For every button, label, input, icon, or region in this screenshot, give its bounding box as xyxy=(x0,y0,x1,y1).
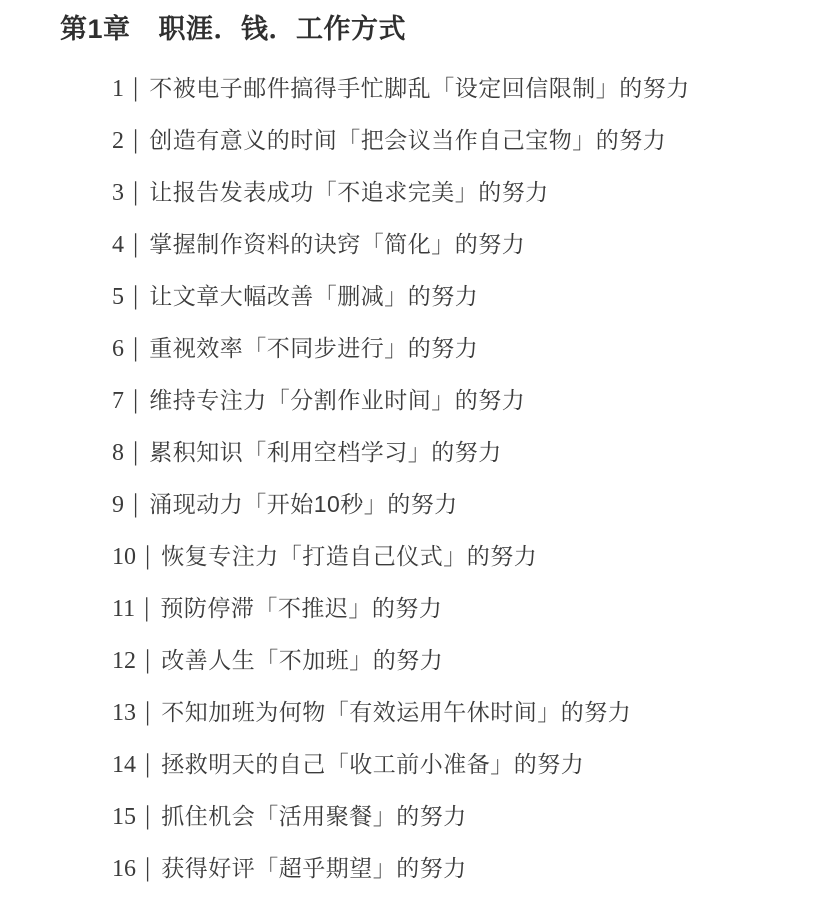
toc-item-number: 5 xyxy=(112,284,124,310)
toc-item[interactable]: 3|让报告发表成功「不追求完美」的努力 xyxy=(112,166,819,218)
toc-item[interactable]: 9|涌现动力「开始10秒」的努力 xyxy=(112,478,819,530)
toc-item[interactable]: 13|不知加班为何物「有效运用午休时间」的努力 xyxy=(112,686,819,738)
toc-item-number: 4 xyxy=(112,232,124,258)
toc-item-separator: | xyxy=(145,645,150,674)
toc-item-separator: | xyxy=(133,489,138,518)
toc-item[interactable]: 14|拯救明天的自己「收工前小准备」的努力 xyxy=(112,738,819,790)
toc-item[interactable]: 15|抓住机会「活用聚餐」的努力 xyxy=(112,790,819,842)
toc-item-number: 6 xyxy=(112,336,124,362)
toc-item-number: 9 xyxy=(112,492,124,518)
chapter-heading: 第1章职涯．钱．工作方式 xyxy=(0,0,819,44)
toc-item-title: 不知加班为何物「有效运用午休时间」的努力 xyxy=(161,699,631,725)
toc-item-title: 涌现动力「开始10秒」的努力 xyxy=(149,491,458,517)
toc-item-number: 13 xyxy=(112,700,136,726)
toc-item-number: 8 xyxy=(112,440,124,466)
toc-item-separator: | xyxy=(145,853,150,882)
toc-item-title: 掌握制作资料的诀窍「简化」的努力 xyxy=(149,231,525,257)
toc-item-separator: | xyxy=(145,697,150,726)
toc-item[interactable]: 5|让文章大幅改善「删减」的努力 xyxy=(112,270,819,322)
toc-item-number: 3 xyxy=(112,180,124,206)
toc-item[interactable]: 6|重视效率「不同步进行」的努力 xyxy=(112,322,819,374)
toc-item-separator: | xyxy=(145,749,150,778)
toc-item[interactable]: 12|改善人生「不加班」的努力 xyxy=(112,634,819,686)
toc-item-number: 1 xyxy=(112,76,124,102)
toc-item-number: 12 xyxy=(112,648,136,674)
toc-item-title: 不被电子邮件搞得手忙脚乱「设定回信限制」的努力 xyxy=(149,75,690,101)
toc-item-title: 抓住机会「活用聚餐」的努力 xyxy=(161,803,467,829)
toc-item-title: 获得好评「超乎期望」的努力 xyxy=(161,855,467,881)
toc-item-title: 改善人生「不加班」的努力 xyxy=(161,647,443,673)
toc-item-separator: | xyxy=(144,593,149,622)
toc-item-title: 拯救明天的自己「收工前小准备」的努力 xyxy=(161,751,584,777)
toc-item-separator: | xyxy=(133,385,138,414)
toc-item-number: 11 xyxy=(112,596,135,622)
toc-item[interactable]: 10|恢复专注力「打造自己仪式」的努力 xyxy=(112,530,819,582)
toc-item[interactable]: 4|掌握制作资料的诀窍「简化」的努力 xyxy=(112,218,819,270)
toc-item-separator: | xyxy=(133,229,138,258)
chapter-number-label: 第1章 xyxy=(60,14,131,44)
toc-item-title: 累积知识「利用空档学习」的努力 xyxy=(149,439,502,465)
toc-item-separator: | xyxy=(133,437,138,466)
toc-item-number: 14 xyxy=(112,752,136,778)
toc-item-separator: | xyxy=(133,73,138,102)
toc-item-title: 创造有意义的时间「把会议当作自己宝物」的努力 xyxy=(149,127,666,153)
toc-item-title: 预防停滞「不推迟」的努力 xyxy=(160,595,442,621)
toc-item[interactable]: 11|预防停滞「不推迟」的努力 xyxy=(112,582,819,634)
toc-item[interactable]: 2|创造有意义的时间「把会议当作自己宝物」的努力 xyxy=(112,114,819,166)
toc-item-number: 15 xyxy=(112,804,136,830)
toc-item-separator: | xyxy=(133,125,138,154)
toc-item-separator: | xyxy=(145,541,150,570)
toc-item-separator: | xyxy=(145,801,150,830)
toc-item-separator: | xyxy=(133,333,138,362)
toc-item-title: 维持专注力「分割作业时间」的努力 xyxy=(149,387,525,413)
toc-item-title: 让报告发表成功「不追求完美」的努力 xyxy=(149,179,549,205)
toc-page: 第1章职涯．钱．工作方式 1|不被电子邮件搞得手忙脚乱「设定回信限制」的努力 2… xyxy=(0,0,819,909)
chapter-toc-list: 1|不被电子邮件搞得手忙脚乱「设定回信限制」的努力 2|创造有意义的时间「把会议… xyxy=(112,62,819,894)
toc-item-title: 重视效率「不同步进行」的努力 xyxy=(149,335,478,361)
toc-item-title: 恢复专注力「打造自己仪式」的努力 xyxy=(161,543,537,569)
toc-item[interactable]: 1|不被电子邮件搞得手忙脚乱「设定回信限制」的努力 xyxy=(112,62,819,114)
toc-item[interactable]: 16|获得好评「超乎期望」的努力 xyxy=(112,842,819,894)
toc-item[interactable]: 8|累积知识「利用空档学习」的努力 xyxy=(112,426,819,478)
toc-item-separator: | xyxy=(133,177,138,206)
toc-item-separator: | xyxy=(133,281,138,310)
toc-item-title: 让文章大幅改善「删减」的努力 xyxy=(149,283,478,309)
toc-item-number: 10 xyxy=(112,544,136,570)
chapter-title: 职涯．钱．工作方式 xyxy=(159,14,407,44)
toc-item[interactable]: 7|维持专注力「分割作业时间」的努力 xyxy=(112,374,819,426)
toc-item-number: 16 xyxy=(112,856,136,882)
toc-item-number: 7 xyxy=(112,388,124,414)
toc-item-number: 2 xyxy=(112,128,124,154)
